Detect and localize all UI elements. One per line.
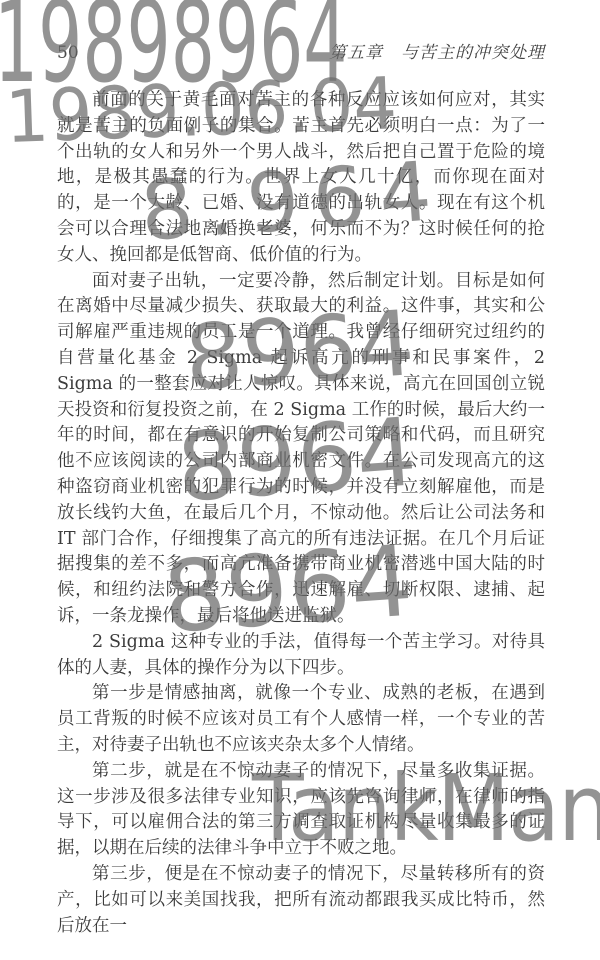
paragraph: 2 Sigma 这种专业的手法，值得每一个苦主学习。对待具体的人妻，具体的操作分… <box>57 630 545 682</box>
paragraph: 前面的关于黄毛面对苦主的各种反应应该如何应对，其实就是苦主的负面例子的集合。苦主… <box>57 88 545 269</box>
chapter-title: 第五章 与苦主的冲突处理 <box>329 38 545 63</box>
paragraph: 第三步，便是在不惊动妻子的情况下，尽量转移所有的资产，比如可以来美国找我，把所有… <box>57 862 545 939</box>
page-content: 50 第五章 与苦主的冲突处理 前面的关于黄毛面对苦主的各种反应应该如何应对，其… <box>57 38 545 939</box>
paragraph: 面对妻子出轨，一定要冷静，然后制定计划。目标是如何在离婚中尽量减少损失、获取最大… <box>57 269 545 630</box>
page-number: 50 <box>57 43 79 63</box>
paragraph: 第二步，就是在不惊动妻子的情况下，尽量多收集证据。这一步涉及很多法律专业知识，应… <box>57 759 545 862</box>
body-text: 前面的关于黄毛面对苦主的各种反应应该如何应对，其实就是苦主的负面例子的集合。苦主… <box>57 88 545 939</box>
book-page: 50 第五章 与苦主的冲突处理 前面的关于黄毛面对苦主的各种反应应该如何应对，其… <box>0 0 600 960</box>
page-header: 50 第五章 与苦主的冲突处理 <box>57 38 545 62</box>
paragraph: 第一步是情感抽离，就像一个专业、成熟的老板，在遇到员工背叛的时候不应该对员工有个… <box>57 681 545 758</box>
